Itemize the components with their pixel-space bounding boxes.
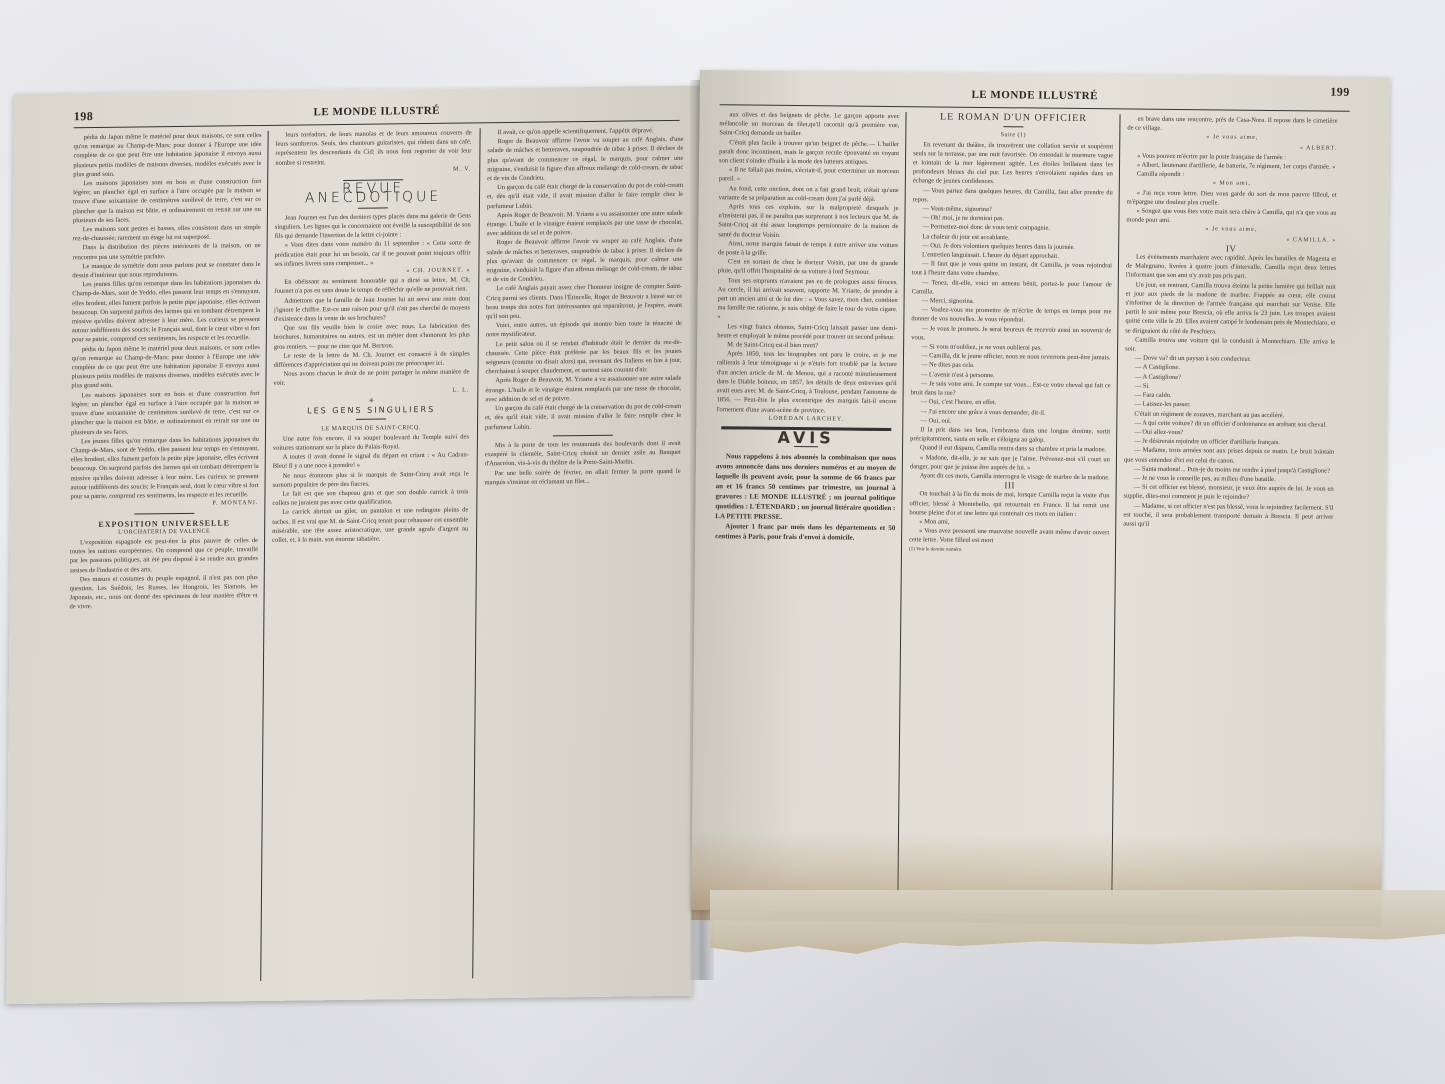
- paragraph: Ne nous étonnons plus si le marquis de S…: [273, 469, 469, 490]
- paragraph: Après tous ces exploits, sur la malpropr…: [718, 202, 898, 241]
- paragraph: Le petit salon où il se rendait d'habitu…: [485, 338, 681, 377]
- right-column-3: en brave dans une rencontre, près de Cas…: [1119, 114, 1337, 896]
- paragraph: Roger de Beauvoir affirme l'avoir vu sou…: [486, 236, 682, 284]
- paragraph: Un jour, en rentrant, Camilla trouva éte…: [1125, 280, 1336, 337]
- paragraph: Les maisons japonaises sont en bois et d…: [73, 177, 261, 225]
- column-rule: [1111, 114, 1120, 894]
- paragraph: Les vingt francs obtenus, Saint-Cricq la…: [717, 322, 897, 342]
- paragraph: Après Roger de Beauvoir, M. Yriarte a vu…: [487, 209, 683, 239]
- paragraph: Mis à la porte de tous les restaurants d…: [485, 439, 681, 469]
- paragraph: « Madone, dit-elle, je ne sais que je l'…: [910, 453, 1110, 473]
- masthead: LE MONDE ILLUSTRÉ: [74, 102, 680, 121]
- paragraph: « Songez que vous êtes votre main sera c…: [1126, 207, 1336, 228]
- left-column-1: pédia du Japon même le matériel pour deu…: [66, 131, 261, 993]
- newspaper-right-page: LE MONDE ILLUSTRÉ 199 aux olives et des …: [691, 70, 1390, 917]
- paragraph: Il la prit dans ses bras, l'embrassa dan…: [910, 425, 1110, 445]
- paragraph: — Madame, si cet officier n'est pas bles…: [1123, 501, 1333, 531]
- paragraph: Jean Journet est l'un des derniers types…: [275, 211, 471, 241]
- avis-paragraph: Nous rappelons à nos abonnés la combinai…: [715, 451, 896, 523]
- paragraph: Roger de Beauvoir affirme l'avoir vu sou…: [487, 135, 683, 183]
- paragraph: « Vous dites dans votre numéro du 11 sep…: [274, 239, 470, 269]
- paragraph: pédia du Japon même le matériel pour deu…: [73, 131, 261, 179]
- paragraph: Une autre fois encore, il va souper boul…: [273, 432, 469, 453]
- paragraph: En obéissant au sentiment honorable qui …: [274, 276, 470, 297]
- paragraph: — Si cet officier est blessé, monsieur, …: [1124, 483, 1334, 504]
- paragraph: Le carrick abritait un gilet, un pantalo…: [272, 506, 468, 545]
- paragraph: C'est en sortant de chez le docteur Vois…: [718, 257, 898, 277]
- paragraph: Voici, entre autres, un épisode qui mont…: [486, 319, 682, 340]
- paragraph: A toutes il avait donné le signal du dép…: [273, 451, 469, 472]
- left-column-3: Il avait, ce qu'on appelle scientifiquem…: [480, 126, 683, 989]
- paragraph: On touchait à la fin du mois de mai, lor…: [909, 490, 1109, 520]
- paragraph: C'était plus facile à trouver qu'un beig…: [719, 138, 899, 167]
- paragraph: Les jeunes filles qu'on remarque dans le…: [70, 435, 259, 502]
- paragraph: aux olives et des beignets de pêche. Le …: [719, 110, 899, 139]
- paragraph: pédia du Japon même le matériel pour deu…: [71, 343, 259, 391]
- paragraph: — Je suis votre ami. Je compte sur vous.…: [911, 379, 1111, 399]
- paragraph: — Il faut que je vous quitte un instant,…: [912, 259, 1112, 279]
- paragraph: Le fait est que son chapeau gras et que …: [272, 487, 468, 508]
- section-title-revue-anecdotique: REVUE ANECDOTIQUE: [275, 184, 471, 205]
- paragraph: Des mœurs et costumes du peuple espagnol…: [69, 573, 257, 612]
- paragraph: Après 1850, tous les biographes ont paru…: [716, 349, 897, 415]
- paragraph: — Vous partez dans quelques heures, dit …: [913, 186, 1113, 206]
- paragraph: — Tenez, dit-elle, voici un anneau bénit…: [912, 278, 1112, 298]
- paragraph: « Il ne fallait pas moins, s'écriait-il,…: [719, 165, 899, 185]
- right-column-2: LE ROMAN D'UN OFFICIER Suite (1) En reve…: [905, 112, 1113, 894]
- paragraph: Un garçon du café était chargé de la con…: [485, 402, 681, 432]
- page-number: 199: [1330, 85, 1350, 100]
- paragraph: Les maisons sont petites et basses, elle…: [73, 223, 261, 244]
- paragraph: Par une belle soirée de février, on alla…: [485, 466, 681, 487]
- paragraph: Nous avons chacun le droit de ne point p…: [273, 368, 469, 389]
- footnote: (1) Voir le dernier numéro.: [909, 545, 1109, 556]
- paragraph: Camilla trouva une voiture qui la condui…: [1125, 335, 1335, 356]
- paragraph: « Vous avez pressenti une mauvaise nouve…: [909, 526, 1109, 546]
- newspaper-left-page: 198 LE MONDE ILLUSTRÉ pédia du Japon mêm…: [6, 86, 700, 1005]
- paragraph: en brave dans une rencontre, près de Cas…: [1127, 114, 1337, 135]
- paragraph: Les maisons japonaises sont en bois et d…: [71, 389, 259, 437]
- paragraph: Dans la distribution des pièces intérieu…: [73, 241, 261, 262]
- paragraph: En revenant du théâtre, ils trouvèrent u…: [913, 140, 1113, 188]
- column-rule: [260, 131, 268, 981]
- paragraph: Au fond, cette onction, dont on a fait g…: [719, 184, 899, 204]
- paragraph: Les événements marchaient avec rapidité.…: [1126, 253, 1336, 283]
- paragraph: Tous ses emprunts n'avaient pas eu de pr…: [717, 276, 897, 324]
- paragraph: « J'ai reçu votre lettre. Dieu vous gard…: [1127, 188, 1337, 209]
- right-page-header: LE MONDE ILLUSTRÉ 199: [720, 84, 1350, 112]
- paragraph: Que son fils veuille bien le croire avec…: [274, 322, 470, 352]
- paragraph: — Voulez-vous me promettre de m'écrire d…: [911, 305, 1111, 325]
- paragraph: Après Roger de Beauvoir, M. Yriarte a vu…: [485, 374, 681, 404]
- right-column-1: aux olives et des beignets de pêche. Le …: [711, 110, 899, 892]
- paragraph: Ainsi, notre marquis faisait de temps à …: [718, 239, 898, 259]
- paragraph: — Madame, trois armées sont aux prises d…: [1124, 446, 1334, 467]
- paragraph: Le café Anglais payait assez cher l'honn…: [486, 282, 682, 321]
- left-page-header: 198 LE MONDE ILLUSTRÉ: [74, 100, 680, 128]
- paragraph: Admettons que la famille de Jean Journet…: [274, 294, 470, 324]
- paragraph: L'exposition espagnole est peut-être la …: [70, 536, 258, 575]
- paragraph: Les jeunes filles qu'on remarque dans le…: [72, 278, 261, 345]
- paragraph: Le reste de la lettre de M. Ch. Journet …: [274, 349, 470, 370]
- avis-paragraph: Ajouter 1 franc par mois dans les départ…: [715, 521, 895, 543]
- masthead: LE MONDE ILLUSTRÉ: [720, 86, 1350, 105]
- paragraph: leurs toréadors, de leurs manolas et de …: [275, 128, 471, 167]
- column-rule: [897, 112, 906, 892]
- paragraph: — Je vous le promets. Je serai heureux d…: [911, 324, 1111, 344]
- left-column-2: leurs toréadors, de leurs manolas et de …: [268, 128, 471, 991]
- column-rule: [472, 128, 480, 978]
- paragraph: Un garçon du café était chargé de la con…: [487, 181, 683, 211]
- paragraph: Le manque de symétrie dont nous parlons …: [72, 260, 260, 281]
